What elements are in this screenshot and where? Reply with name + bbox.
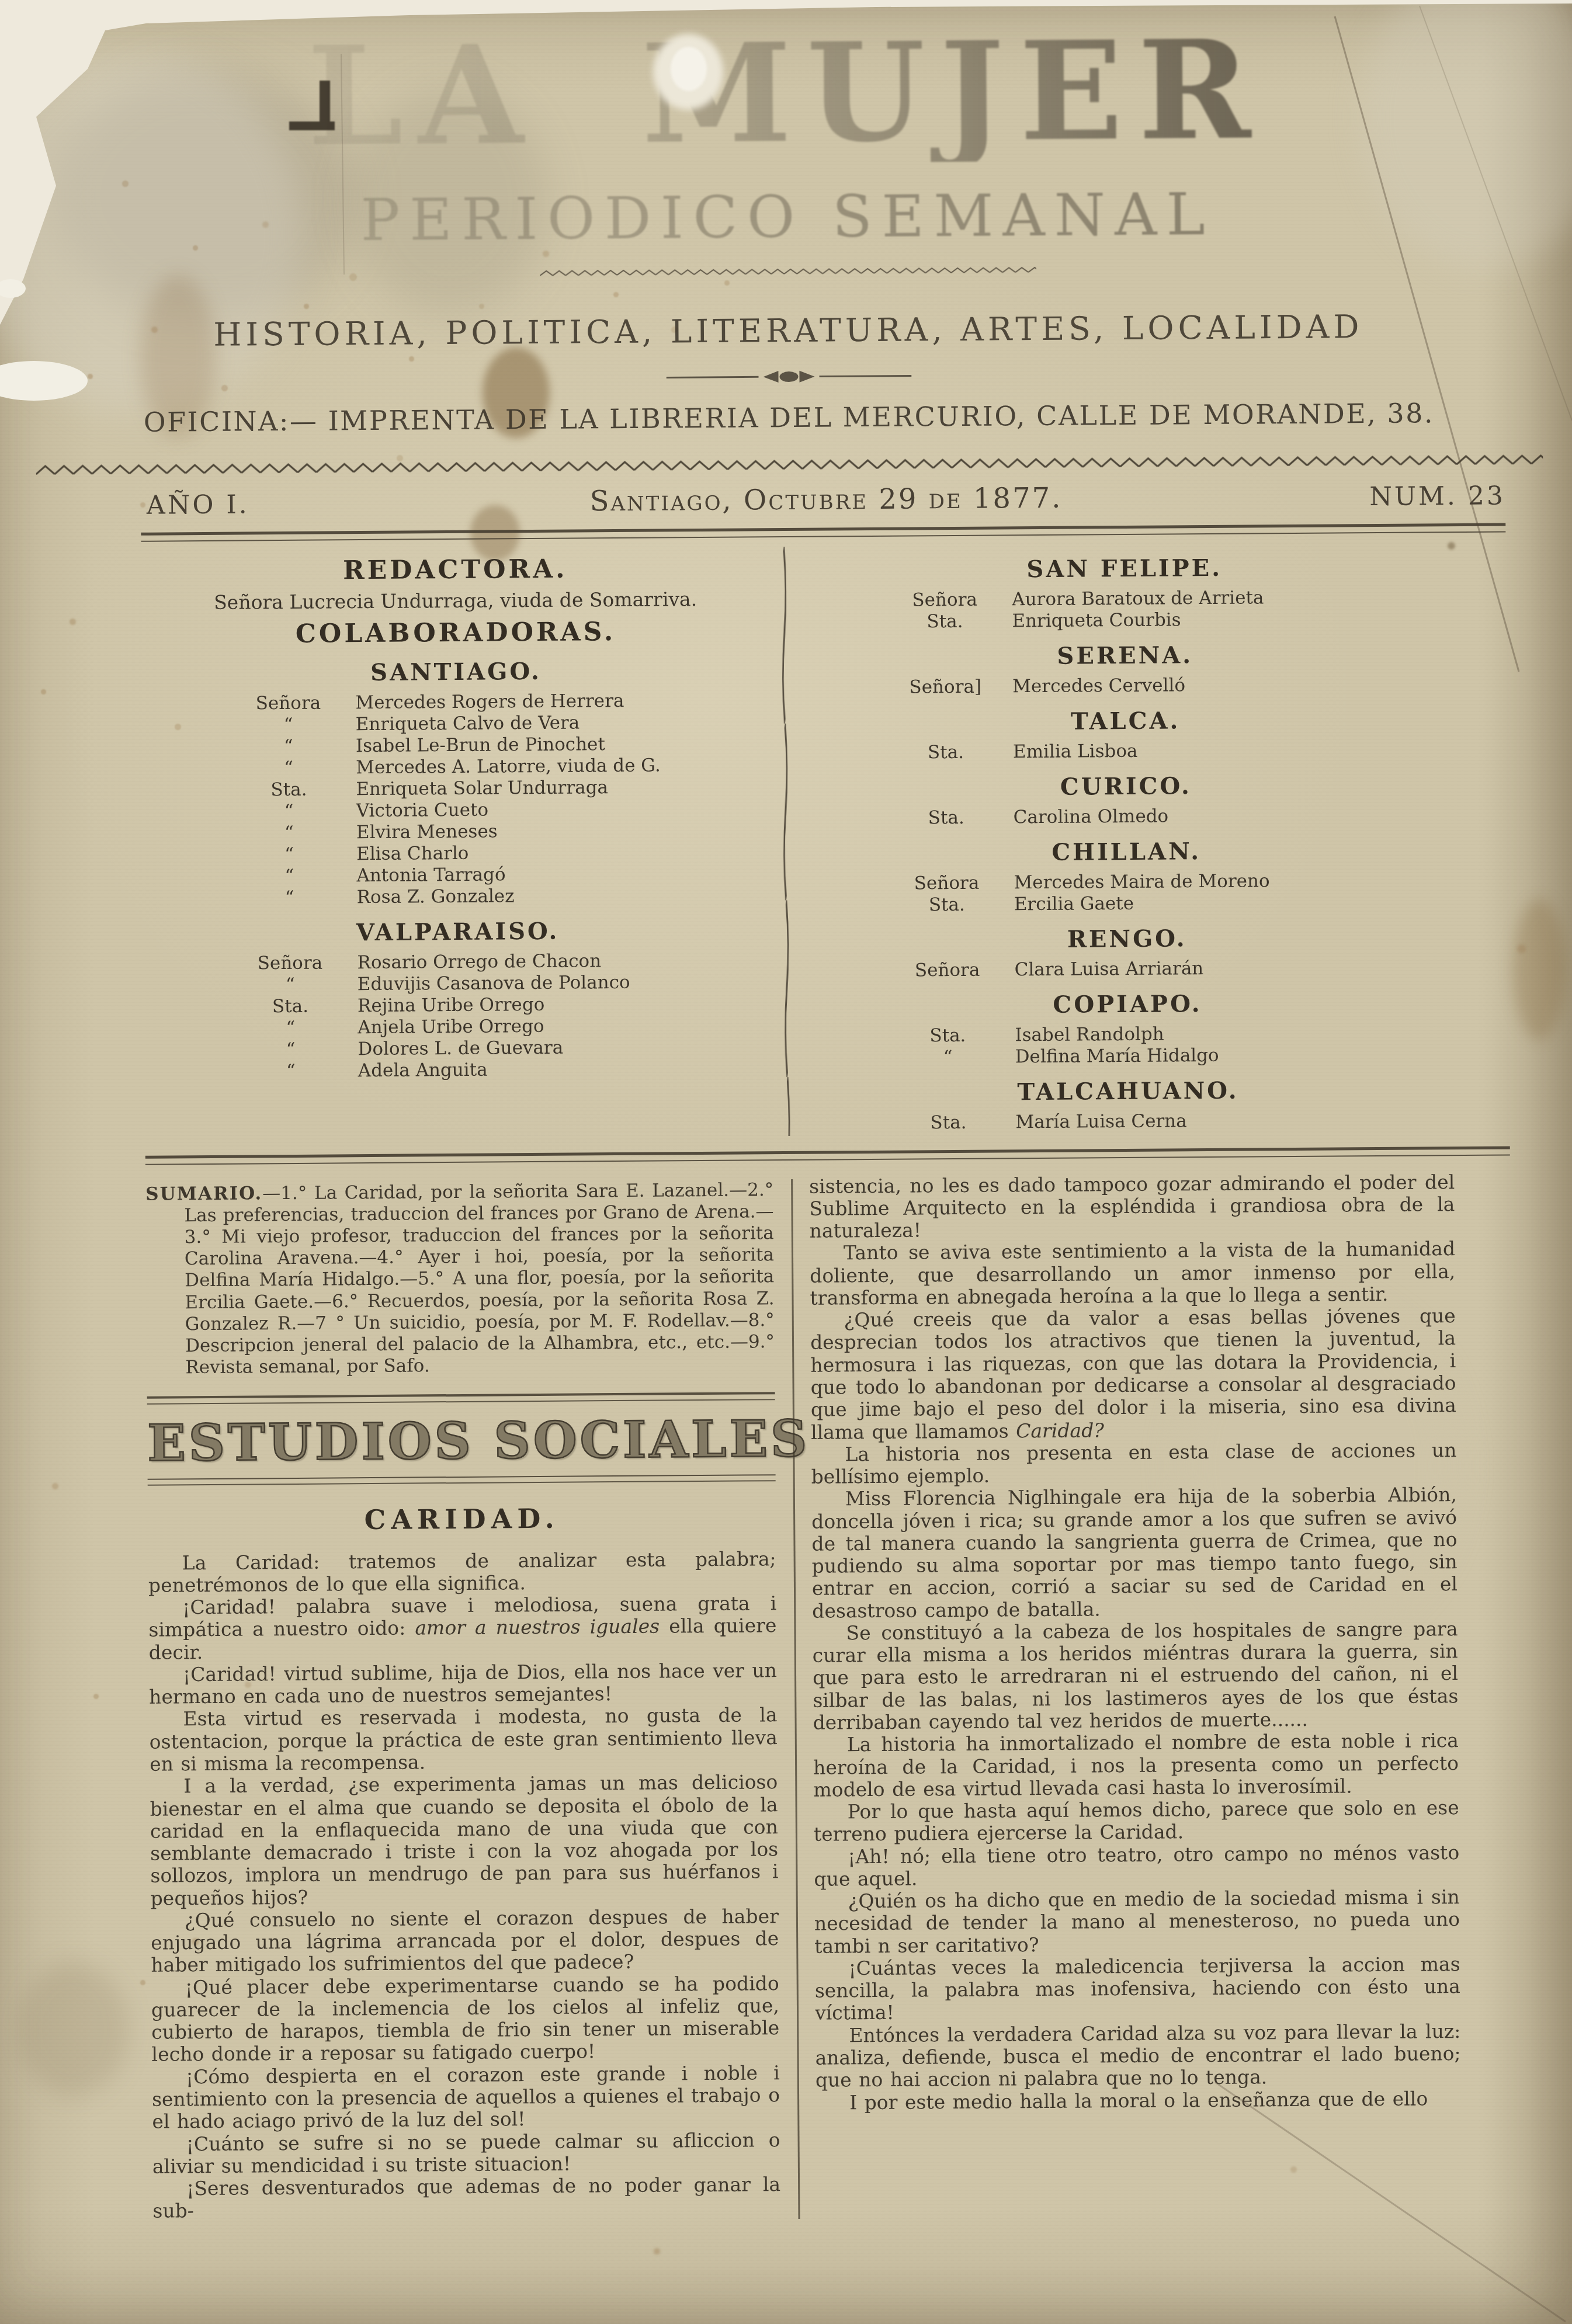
- right-paragraph-2: Tanto se aviva este sentimiento a la vis…: [810, 1238, 1456, 1309]
- dateline: AÑO I. Santiago, Octubre 29 de 1877. NUM…: [147, 478, 1505, 520]
- honorific: Sta.: [879, 807, 1014, 829]
- right-paragraph-9: ¡Ah! nó; ella tiene otro teatro, otro ca…: [814, 1842, 1460, 1891]
- honorific: Sta.: [881, 1111, 1015, 1134]
- staff-row: Sta.Emilia Lisboa: [800, 738, 1452, 765]
- city-heading: COPIAPO.: [801, 988, 1453, 1020]
- person-name: Mercedes Maira de Moreno: [1014, 869, 1452, 894]
- honorific: “: [224, 1060, 358, 1083]
- honorific: “: [223, 1038, 358, 1061]
- honorific: Señora: [879, 872, 1014, 895]
- office-line: OFICINA:— IMPRENTA DE LA LIBRERIA DEL ME…: [3, 396, 1572, 439]
- person-name: Mercedes A. Latorre, viuda de G.: [356, 754, 771, 779]
- paper-title: LA MUJER: [0, 19, 1572, 168]
- staff-right-group-7: TALCAHUANO.Sta.María Luisa Cerna: [802, 1075, 1455, 1135]
- honorific: Sta.: [880, 1024, 1015, 1047]
- person-name: Rosa Z. Gonzalez: [357, 884, 772, 908]
- paper-subtitle: PERIODICO SEMANAL: [1, 177, 1572, 256]
- ornament-divider: [666, 368, 911, 385]
- article-left-column: SUMARIO.—1.° La Caridad, por la señorita…: [145, 1176, 780, 2222]
- left-paragraph-6: ¿Qué consuelo no siente el corazon despu…: [151, 1905, 779, 1976]
- right-paragraph-12: Entónces la verdadera Caridad alza su vo…: [815, 2020, 1461, 2092]
- honorific: Sta.: [221, 779, 356, 801]
- person-name: Dolores L. de Guevara: [358, 1036, 772, 1060]
- honorific: “: [223, 1017, 358, 1040]
- honorific: “: [881, 1046, 1015, 1069]
- city-heading: CURICO.: [800, 770, 1452, 803]
- left-paragraph-10: ¡Seres desventurados que ademas de no po…: [152, 2173, 781, 2222]
- article-body: SUMARIO.—1.° La Caridad, por la señorita…: [145, 1171, 1462, 2224]
- city-heading: VALPARAISO.: [144, 916, 772, 948]
- right-paragraph-7: La historia ha inmortalizado el nombre d…: [813, 1729, 1459, 1801]
- staff-section: REDACTORA. Señora Lucrecia Undurraga, vi…: [141, 542, 1455, 1141]
- staff-right-group-1: SERENA.Señora]Mercedes Cervelló: [799, 640, 1452, 699]
- left-paragraph-3: ¡Caridad! virtud sublime, hija de Dios, …: [149, 1659, 778, 1708]
- staff-row: SeñoraClara Luisa Arriarán: [801, 956, 1453, 982]
- person-name: Mercedes Rogers de Herrera: [355, 689, 770, 714]
- staff-row: Señora]Mercedes Cervelló: [799, 673, 1451, 699]
- zigzag-rule: [36, 453, 1543, 477]
- redactora-name: Señora Lucrecia Undurraga, viuda de Soma…: [141, 587, 769, 614]
- person-name: Antonia Tarragó: [356, 862, 771, 887]
- right-paragraph-11: ¡Cuántas veces la maledicencia terjivers…: [814, 1953, 1460, 2025]
- person-name: Enriqueta Courbis: [1012, 607, 1450, 632]
- honorific: “: [222, 865, 356, 888]
- person-name: Rosario Orrego de Chacon: [357, 949, 772, 974]
- right-paragraph-4: La historia nos presenta en esta clase d…: [811, 1439, 1457, 1488]
- issue-number: NUM. 23: [1260, 481, 1505, 512]
- person-name: Eduvijis Casanova de Polanco: [358, 971, 772, 995]
- right-paragraph-1: sistencia, no les es dado tampoco gozar …: [809, 1171, 1455, 1243]
- staff-right-group-3: CURICO.Sta.Carolina Olmedo: [800, 770, 1452, 830]
- staff-row: “Delfina María Hidalgo: [802, 1043, 1454, 1069]
- left-paragraph-8: ¡Cómo despierta en el corazon este grand…: [152, 2062, 780, 2133]
- person-name: Carolina Olmedo: [1014, 804, 1452, 828]
- article-left-paragraphs: La Caridad: tratemos de analizar esta pa…: [148, 1548, 781, 2222]
- redactora-heading: REDACTORA.: [141, 553, 769, 587]
- staff-right-group-2: TALCA.Sta.Emilia Lisboa: [799, 705, 1452, 765]
- right-paragraph-10: ¿Quién os ha dicho que en medio de la so…: [814, 1886, 1460, 1958]
- section-rule-top: [147, 1392, 775, 1405]
- person-name: Mercedes Cervelló: [1012, 673, 1451, 697]
- honorific: “: [221, 757, 356, 780]
- city-heading: TALCAHUANO.: [802, 1075, 1454, 1107]
- left-paragraph-9: ¡Cuánto se sufre si no se puede calmar s…: [152, 2129, 780, 2178]
- staff-left-groups: SANTIAGO.SeñoraMercedes Rogers de Herrer…: [142, 656, 773, 1083]
- person-name: Clara Luisa Arriarán: [1014, 956, 1453, 981]
- person-name: Rejina Uribe Orrego: [358, 992, 772, 1017]
- honorific: Sta.: [880, 894, 1014, 916]
- masthead: LA MUJER PERIODICO SEMANAL HISTORIA, POL…: [0, 0, 1572, 543]
- staff-right-groups: SAN FELIPE.SeñoraAurora Baratoux de Arri…: [799, 553, 1455, 1135]
- staff-right-group-6: COPIAPO.Sta.Isabel Randolph“Delfina Marí…: [801, 988, 1454, 1069]
- sumario: SUMARIO.—1.° La Caridad, por la señorita…: [145, 1179, 775, 1379]
- honorific: “: [221, 735, 356, 758]
- person-name: Isabel Le-Brun de Pinochet: [356, 732, 771, 757]
- city-heading: SERENA.: [799, 640, 1451, 672]
- honorific: “: [222, 843, 356, 866]
- page-content: LA MUJER PERIODICO SEMANAL HISTORIA, POL…: [0, 0, 1572, 2224]
- article-right-column: sistencia, no les es dado tampoco gozar …: [809, 1171, 1461, 2114]
- honorific: Señora: [877, 589, 1012, 612]
- staff-bottom-rule: [145, 1146, 1510, 1165]
- foxing-specks: [0, 0, 5, 5]
- staff-row: Sta.Enriqueta Courbis: [799, 607, 1450, 634]
- sumario-text: —1.° La Caridad, por la señorita Sara E.…: [184, 1179, 775, 1378]
- honorific: Señora: [880, 959, 1014, 982]
- right-paragraph-8: Por lo que hasta aquí hemos dicho, parec…: [814, 1797, 1460, 1846]
- honorific: Señora: [221, 692, 355, 715]
- staff-column-right: SAN FELIPE.SeñoraAurora Baratoux de Arri…: [799, 542, 1455, 1136]
- person-name: Elisa Charlo: [356, 840, 771, 865]
- person-name: Enriqueta Solar Undurraga: [356, 776, 771, 800]
- left-paragraph-4: Esta virtud es reservada i modesta, no g…: [149, 1704, 778, 1776]
- person-name: Emilia Lisboa: [1013, 738, 1452, 763]
- honorific: “: [221, 714, 356, 737]
- honorific: Señora]: [878, 676, 1012, 699]
- city-heading: CHILLAN.: [800, 836, 1452, 868]
- city-heading: RENGO.: [801, 923, 1453, 955]
- staff-row: Sta.Carolina Olmedo: [800, 804, 1452, 830]
- honorific: “: [223, 974, 358, 996]
- right-paragraph-3: ¿Qué creeis que da valor a esas bellas j…: [810, 1305, 1457, 1443]
- honorific: “: [222, 822, 356, 845]
- city-heading: TALCA.: [799, 705, 1451, 737]
- person-name: Anjela Uribe Orrego: [358, 1014, 772, 1038]
- sumario-label: SUMARIO.: [145, 1183, 262, 1204]
- colaboradoras-heading: COLABORADORAS.: [141, 616, 769, 650]
- person-name: Isabel Randolph: [1015, 1022, 1453, 1046]
- honorific: Sta.: [879, 741, 1013, 764]
- person-name: María Luisa Cerna: [1015, 1109, 1454, 1133]
- honorific: Sta.: [223, 995, 358, 1018]
- staff-row: Sta.María Luisa Cerna: [802, 1109, 1454, 1135]
- left-paragraph-2: ¡Caridad! palabra suave i melodiosa, sue…: [148, 1592, 777, 1663]
- staff-left-group-1: VALPARAISO.SeñoraRosario Orrego de Chaco…: [144, 916, 773, 1083]
- staff-column-left: REDACTORA. Señora Lucrecia Undurraga, vi…: [141, 547, 773, 1140]
- left-paragraph-7: ¡Qué placer debe experimentarse cuando s…: [151, 1972, 780, 2066]
- staff-right-group-4: CHILLAN.SeñoraMercedes Maira de MorenoSt…: [800, 836, 1453, 917]
- section-rule-bottom: [148, 1474, 776, 1486]
- staff-row: Sta.Ercilia Gaete: [801, 891, 1453, 917]
- person-name: Victoria Cueto: [356, 797, 771, 822]
- section-title: ESTUDIOS SOCIALES: [147, 1413, 776, 1471]
- staff-left-group-0: SANTIAGO.SeñoraMercedes Rogers de Herrer…: [142, 656, 772, 909]
- person-name: Delfina María Hidalgo: [1015, 1043, 1454, 1068]
- person-name: Ercilia Gaete: [1014, 891, 1453, 915]
- person-name: Adela Anguita: [358, 1057, 773, 1082]
- right-paragraph-5: Miss Florencia Niglhingale era hija de l…: [811, 1484, 1458, 1622]
- city-heading: SAN FELIPE.: [799, 553, 1450, 585]
- city-heading: SANTIAGO.: [142, 656, 770, 688]
- left-paragraph-5: I a la verdad, ¿se experimenta jamas un …: [150, 1771, 779, 1909]
- left-paragraph-1: La Caridad: tratemos de analizar esta pa…: [148, 1548, 777, 1597]
- column-divider-rule: [791, 1179, 800, 2219]
- honorific: “: [223, 887, 357, 909]
- person-name: Elvira Meneses: [356, 819, 771, 843]
- honorific: Señora: [223, 952, 357, 975]
- staff-row: “Adela Anguita: [145, 1057, 773, 1083]
- person-name: Aurora Baratoux de Arrieta: [1012, 586, 1450, 610]
- newspaper-page: LA MUJER PERIODICO SEMANAL HISTORIA, POL…: [0, 0, 1572, 2324]
- staff-column-divider: [780, 547, 792, 1136]
- issue-date: Santiago, Octubre 29 de 1877.: [392, 480, 1260, 519]
- right-paragraph-6: Se constituyó a la cabeza de los hospita…: [812, 1618, 1458, 1734]
- masthead-bottom-rule: [141, 523, 1505, 541]
- staff-right-group-0: SAN FELIPE.SeñoraAurora Baratoux de Arri…: [799, 553, 1451, 634]
- staff-row: “Rosa Z. Gonzalez: [144, 884, 772, 910]
- right-paragraph-13: I por este medio halla la moral o la ens…: [816, 2087, 1461, 2114]
- tagline: HISTORIA, POLITICA, LITERATURA, ARTES, L…: [2, 306, 1572, 355]
- honorific: “: [222, 800, 356, 823]
- staff-right-group-5: RENGO.SeñoraClara Luisa Arriarán: [801, 923, 1453, 982]
- person-name: Enriqueta Calvo de Vera: [356, 711, 771, 735]
- honorific: Sta.: [877, 610, 1012, 633]
- article-title: CARIDAD.: [148, 1501, 776, 1537]
- squiggle-rule: [540, 266, 1036, 277]
- volume-year: AÑO I.: [147, 488, 392, 520]
